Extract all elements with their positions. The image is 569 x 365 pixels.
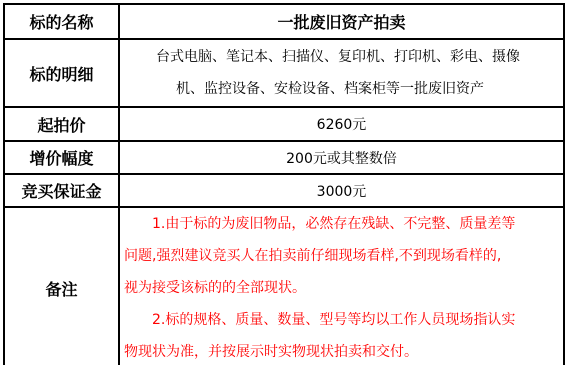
remark-line-4: 2.标的规格、质量、数量、型号等均以工作人员现场指认实 <box>124 304 563 336</box>
auction-info-table: 标的名称 一批废旧资产拍卖 标的明细 台式电脑、笔记本、扫描仪、复印机、打印机、… <box>3 3 565 365</box>
row-starting-price: 起拍价 6260元 <box>4 107 564 141</box>
remark-line-2: 问题,强烈建议竞买人在拍卖前仔细现场看样,不到现场看样的, <box>124 240 563 272</box>
row-item-name: 标的名称 一批废旧资产拍卖 <box>4 4 564 39</box>
row-increment: 增价幅度 200元或其整数倍 <box>4 141 564 174</box>
row-remarks: 备注 1.由于标的为废旧物品，必然存在残缺、不完整、质量差等 问题,强烈建议竞买… <box>4 207 564 365</box>
remark-line-3: 视为接受该标的的全部现状。 <box>124 272 563 304</box>
value-item-details: 台式电脑、笔记本、扫描仪、复印机、打印机、彩电、摄像 机、监控设备、安检设备、档… <box>119 39 564 107</box>
remark-line-1: 1.由于标的为废旧物品，必然存在残缺、不完整、质量差等 <box>124 208 563 240</box>
value-item-name: 一批废旧资产拍卖 <box>119 4 564 39</box>
value-starting-price: 6260元 <box>119 107 564 141</box>
label-item-details: 标的明细 <box>4 39 119 107</box>
label-increment: 增价幅度 <box>4 141 119 174</box>
label-deposit: 竞买保证金 <box>4 174 119 207</box>
remark-line-5: 物现状为准，并按展示时实物现状拍卖和交付。 <box>124 336 563 365</box>
label-starting-price: 起拍价 <box>4 107 119 141</box>
row-deposit: 竞买保证金 3000元 <box>4 174 564 207</box>
label-remarks: 备注 <box>4 207 119 365</box>
label-item-name: 标的名称 <box>4 4 119 39</box>
value-increment: 200元或其整数倍 <box>119 141 564 174</box>
row-item-details: 标的明细 台式电脑、笔记本、扫描仪、复印机、打印机、彩电、摄像 机、监控设备、安… <box>4 39 564 107</box>
details-line-1: 台式电脑、笔记本、扫描仪、复印机、打印机、彩电、摄像 <box>120 41 563 73</box>
value-deposit: 3000元 <box>119 174 564 207</box>
value-remarks: 1.由于标的为废旧物品，必然存在残缺、不完整、质量差等 问题,强烈建议竞买人在拍… <box>119 207 564 365</box>
details-line-2: 机、监控设备、安检设备、档案柜等一批废旧资产 <box>120 73 563 105</box>
